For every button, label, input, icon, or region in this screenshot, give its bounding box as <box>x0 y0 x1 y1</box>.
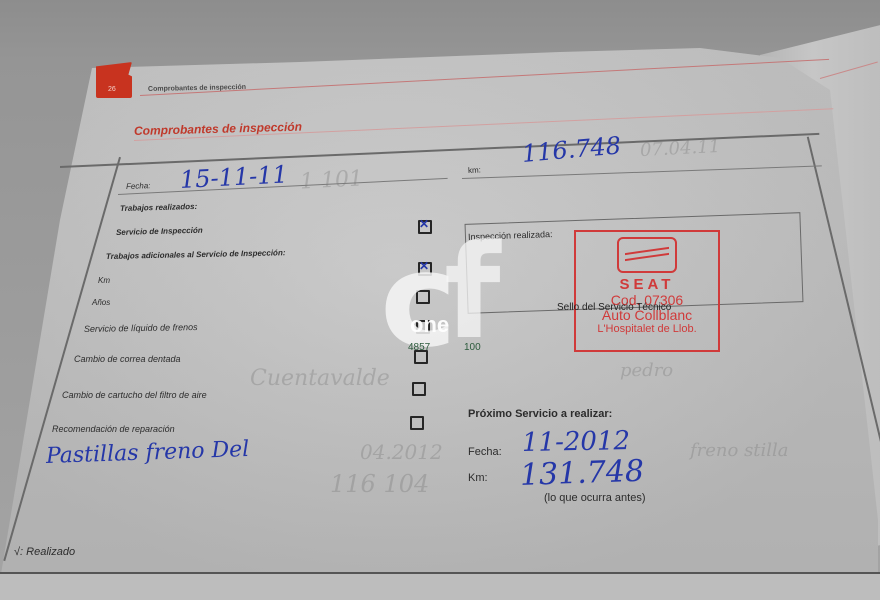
fecha-label: Fecha: <box>126 181 151 191</box>
bleed-through-date: 1 101 <box>299 166 363 194</box>
item-km-label: Km <box>98 276 110 285</box>
watermark-number-left: 4857 <box>408 342 430 353</box>
item-anos-label: Años <box>92 298 110 307</box>
item-recomendacion-label: Recomendación de reparación <box>52 424 175 434</box>
item-recomendacion-checkbox[interactable] <box>410 416 424 430</box>
item-filtro-aire-label: Cambio de cartucho del filtro de aire <box>62 390 207 400</box>
dealer-stamp: SEAT Cod. 07306 Auto Collblanc L'Hospita… <box>574 230 720 352</box>
proximo-servicio-title: Próximo Servicio a realizar: <box>468 408 612 420</box>
bleed-through-km: 116 104 <box>330 470 429 498</box>
watermark-letter-f: f <box>444 232 501 352</box>
km-label: km: <box>468 165 481 175</box>
bleed-through-freno: freno stilla <box>690 440 789 461</box>
sello-label: Sello del Servicio Técnico <box>557 302 671 313</box>
bleed-through-date-3: 04.2012 <box>360 440 443 464</box>
seat-logo-icon <box>617 237 677 273</box>
item-filtro-aire-checkbox[interactable] <box>412 382 426 396</box>
stamp-brand: SEAT <box>576 276 718 293</box>
proximo-fecha-label: Fecha: <box>468 446 502 458</box>
legend-realizado: √: Realizado <box>14 546 75 558</box>
bleed-through-handwriting: Cuentavalde <box>250 366 390 391</box>
item-liquido-frenos-label: Servicio de líquido de frenos <box>84 322 198 334</box>
proximo-km-value[interactable]: 131.748 <box>519 454 644 493</box>
stamp-location: L'Hospitalet de Llob. <box>576 323 718 336</box>
bleed-through-name: pedro <box>620 360 673 381</box>
page-bottom-edge <box>0 572 880 600</box>
watermark-number-right: 100 <box>464 342 481 353</box>
proximo-fecha-value[interactable]: 11-2012 <box>522 426 631 458</box>
bleed-through-date-2: 07.04.11 <box>640 136 721 161</box>
proximo-note: (lo que ocurra antes) <box>544 492 646 504</box>
item-correa-dentada-label: Cambio de correa dentada <box>74 354 181 364</box>
watermark-word: one <box>410 312 449 338</box>
watermark-logo: c f one 4857 100 <box>380 240 500 360</box>
proximo-km-label: Km: <box>468 472 488 484</box>
page-number: 26 <box>108 86 116 93</box>
